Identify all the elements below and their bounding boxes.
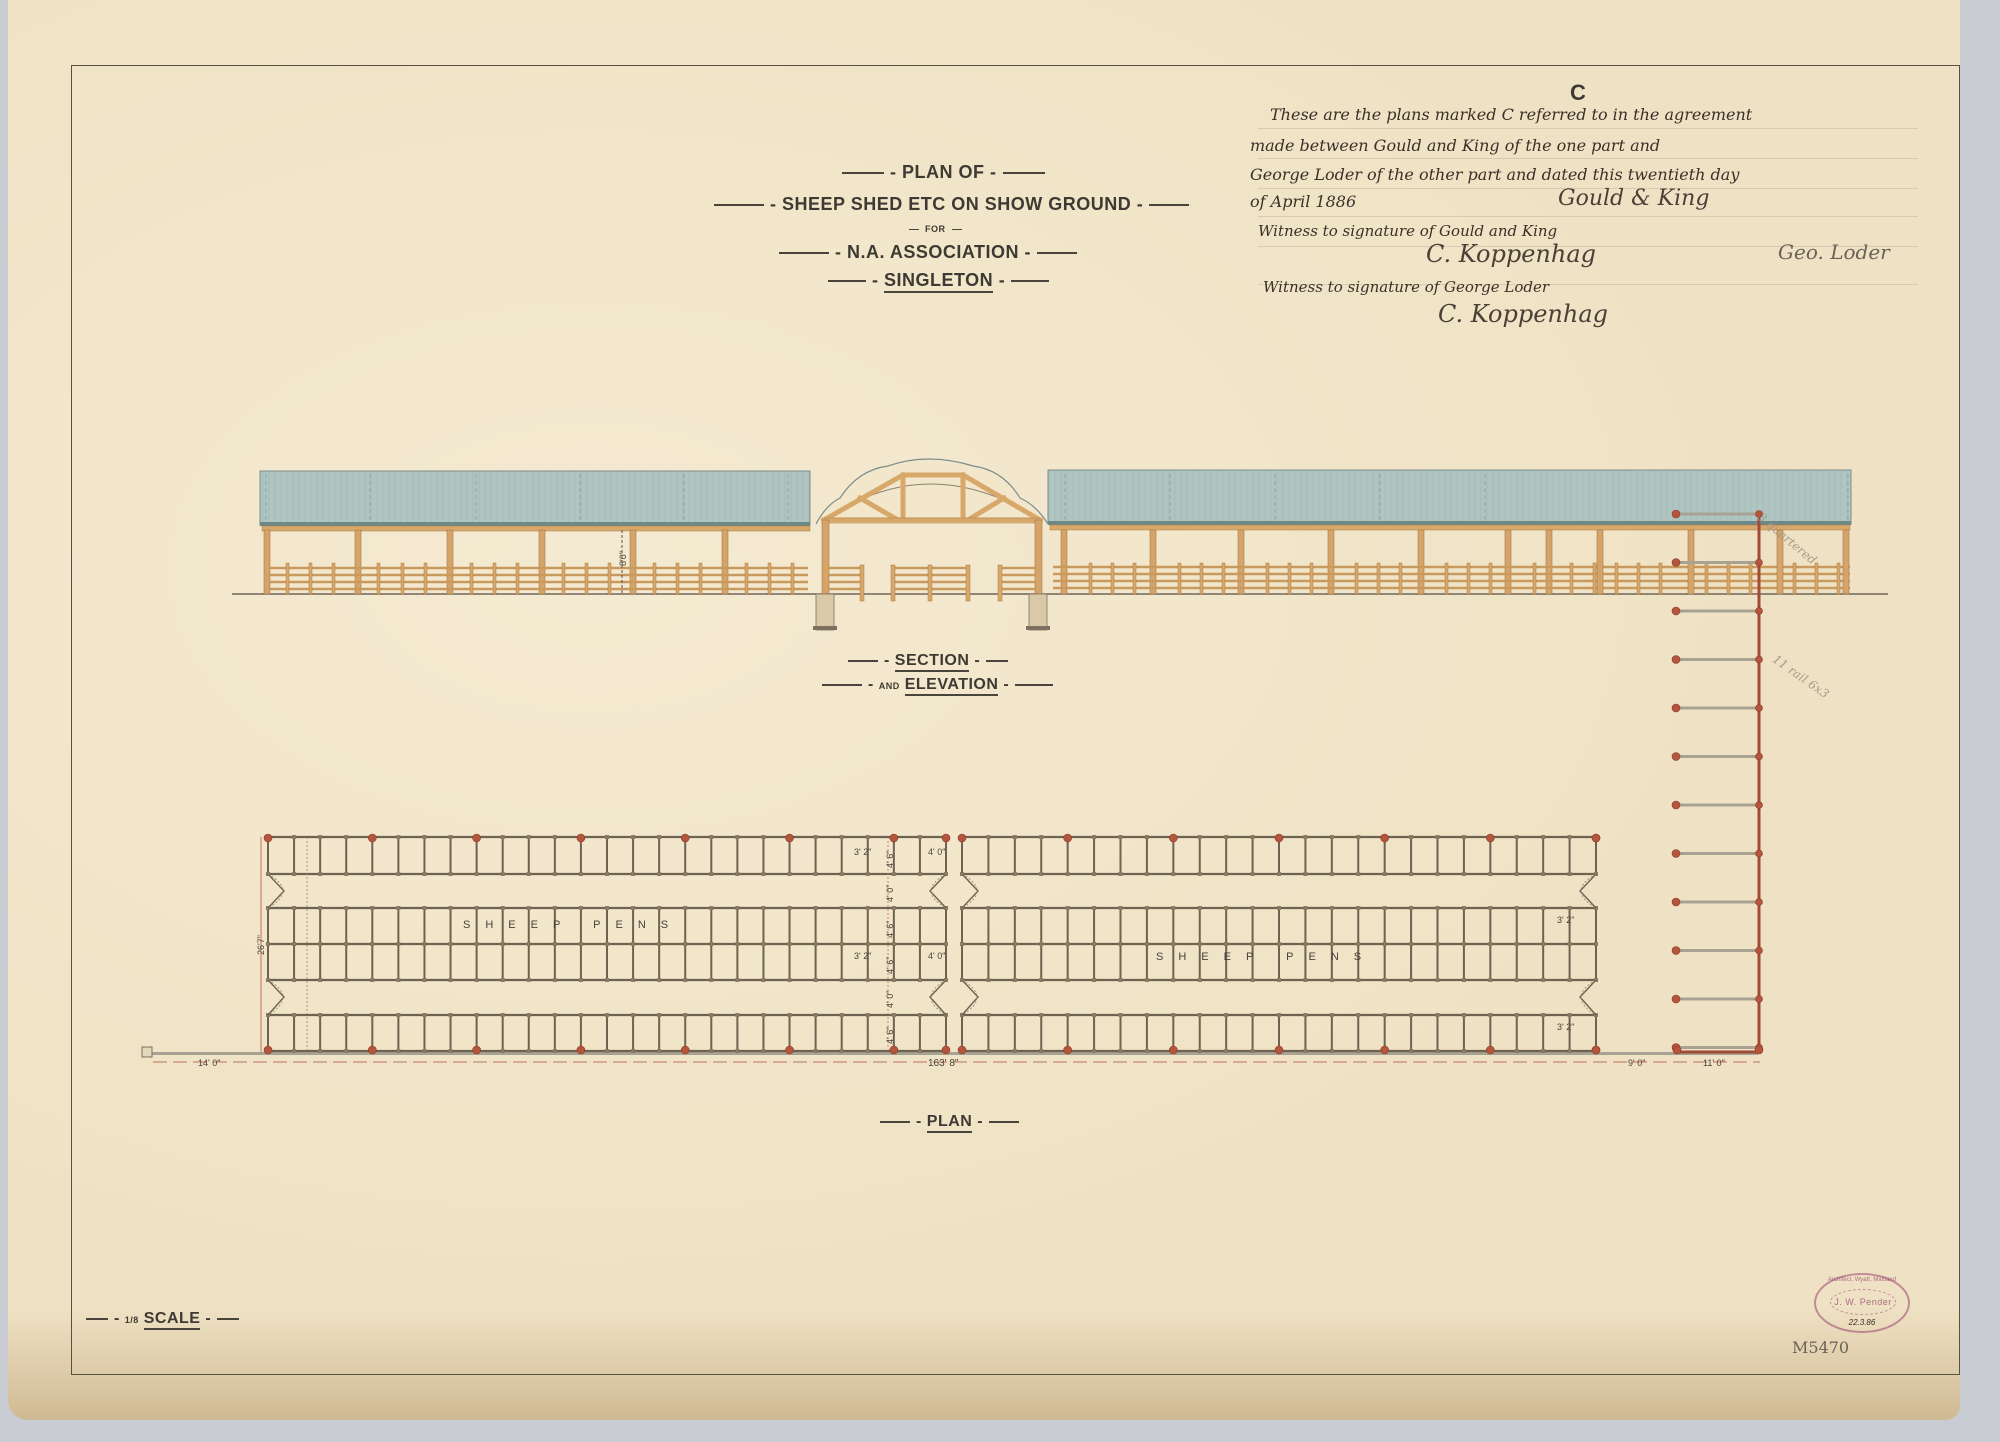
architect-stamp: Architect, Wyatt, Maitland J. W. Pender … [1814, 1273, 1910, 1333]
pen-width-dim: 3' 2" [854, 847, 871, 857]
drawing-graphics: 8'0" [8, 0, 1960, 1420]
drawing-sheet: - Plan of - - Sheep Shed Etc on Show Gro… [8, 0, 1960, 1420]
length-dimension: 163' 8" [928, 1058, 959, 1069]
pen-width-dim-4: 3' 2" [1557, 1022, 1574, 1032]
elevation-label: - and Elevation - [816, 676, 1059, 694]
passage-dim-2: 4' 0" [928, 951, 945, 961]
section-elevation-drawing: 8'0" [232, 459, 1888, 630]
plan-label: - Plan - [874, 1113, 1025, 1131]
depth-dimension: 26'7" [256, 935, 266, 955]
pen-width-dim-2: 3' 2" [854, 951, 871, 961]
left-offset-dimension: 14' 0" [198, 1058, 220, 1068]
pen-depth-dim-3: 4' 6" [885, 957, 895, 974]
pen-width-dim-3: 3' 2" [1557, 915, 1574, 925]
height-dimension: 8'0" [618, 551, 628, 566]
aisle-dim-2: 4' 0" [885, 991, 895, 1008]
passage-dim: 4' 0" [928, 847, 945, 857]
sheep-pens-label-left: SHEEP PENS [463, 919, 683, 931]
aisle-dim: 4' 0" [885, 885, 895, 902]
sheep-pens-label-right: SHEEP PENS [1156, 951, 1376, 963]
pen-depth-dim-4: 4' 6" [885, 1027, 895, 1044]
gap-dimension: 9' 0" [1628, 1058, 1645, 1068]
catalog-number: M5470 [1792, 1338, 1849, 1357]
pen-depth-dim-2: 4' 6" [885, 921, 895, 938]
pen-depth-dim: 4' 6" [885, 851, 895, 868]
fence-dimension: 11' 0" [1703, 1058, 1725, 1068]
scale-label: - 1/8 Scale - [80, 1310, 245, 1328]
section-label: - Section - [842, 652, 1014, 670]
